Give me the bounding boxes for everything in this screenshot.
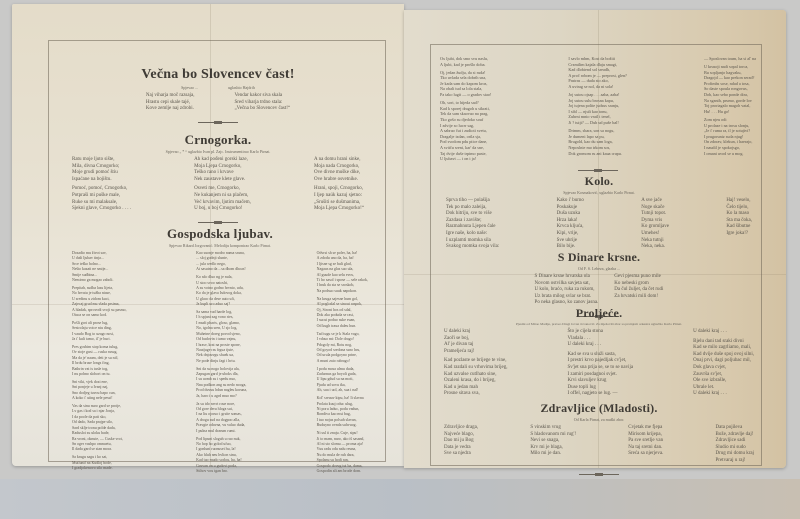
verse-line: Novom ostvilka savjeta sat, bbox=[535, 281, 599, 288]
verse-line: U krusoji nadi sopal torca, bbox=[704, 64, 756, 70]
verse-line: „Je i' ruma ra, il je sotujivi? bbox=[704, 128, 756, 134]
stanza: A sve jačeNoge skačeTutnji topot.Dyma vr… bbox=[641, 198, 669, 251]
verse-line: Od kugh traua daleu hun. bbox=[317, 324, 368, 329]
verse-line: I uzplamti momka sila bbox=[446, 238, 499, 245]
verse-line: Nevi se snaga, bbox=[530, 438, 576, 445]
verse-line: Mirisom krijepa, bbox=[628, 432, 663, 439]
song-credit: Pjesmi od Mirao Madije, preveo Dragi Jov… bbox=[444, 322, 754, 326]
song-verses: Dosadio mu život sav,U duši ljubav tinja… bbox=[72, 251, 368, 477]
verse-line: Umehes! bbox=[641, 231, 669, 238]
stanza: Joj sutou ojsap . . . aaba, aaba!Joj sut… bbox=[568, 92, 627, 126]
verse-line: Sreća sa njerjeva. bbox=[628, 451, 663, 458]
left-page: Večna bo Slovencev čast! Spjevao ... ugl… bbox=[12, 4, 404, 466]
song-title: Večna bo Slovencev čast! bbox=[68, 67, 368, 83]
verse-column: A sve jačeNoge skačeTutnji topot.Dyma vr… bbox=[641, 198, 669, 254]
verse-line: Sprva tiho — polašija bbox=[446, 198, 499, 205]
stanza: Dosadio mu život sav,U duši ljubav tinja… bbox=[72, 251, 127, 283]
verse-line: A koko i' uiing nele pessi! bbox=[72, 396, 127, 401]
stanza: Kol' sreuuv kipu, ha! Ii slavnaProlata k… bbox=[317, 396, 368, 428]
verse-line: Data je vedra bbox=[444, 445, 478, 452]
verse-line: Za hrvatski mili dom! bbox=[614, 294, 663, 301]
verse-line: I pulna mul drarum rumi. bbox=[196, 429, 247, 434]
verse-line: Haj! veselo, bbox=[726, 198, 752, 205]
verse-line: Sludio mi sudo bbox=[716, 445, 754, 452]
verse-line: Ja kupli uro aduo saj? bbox=[196, 302, 247, 307]
verse-line: Krv mi je blaga, bbox=[530, 445, 576, 452]
verse-line: Al' je divan taj bbox=[444, 342, 507, 349]
verse-line: Hu! . . . Hu go! bbox=[704, 109, 756, 115]
verse-line: Otaca se on samo kod. bbox=[72, 313, 127, 318]
verse-line: Dok glava cvjet, bbox=[693, 365, 754, 372]
verse-line: Sjekni glave, Crnogorko . . . . bbox=[72, 206, 131, 213]
verse-line: I gradjokenovo silo made. bbox=[72, 466, 127, 471]
verse-column: Naj viharja moč razsaja,Hrastu cepi skal… bbox=[146, 93, 195, 116]
verse-column: Odvrsi sh se poler, ha, ha!A zdodu uno d… bbox=[317, 251, 368, 477]
stanza: Kad pozlaste se brijege te vine,Kad razd… bbox=[444, 358, 507, 398]
verse-line: Kad razdali su vrhovima brijeg, bbox=[444, 365, 507, 372]
verse-line: Buduyno ovnda suhvuog. bbox=[317, 423, 368, 428]
stanza: Sni viki, vjek dozi ene,Sni ponjeje u Iv… bbox=[72, 380, 127, 402]
verse-column: I savlo mhm, Kost da božiiiCrzmilim kaja… bbox=[568, 56, 627, 164]
verse-line: Kad šibutne bbox=[726, 224, 752, 231]
stanza: Cvjetak me fjepaMirisom krijepa,Pa sve s… bbox=[628, 425, 663, 458]
stanza: I podu mosa ulmu duda,Zadurnus ga boyoli… bbox=[317, 367, 368, 394]
stanza: Pres gosbim stop koma tulug,Ov stoje gus… bbox=[72, 345, 127, 377]
verse-line: Ko gromljave bbox=[641, 224, 669, 231]
verse-line: Ji ? tuiji? — Dub ud puše bal! bbox=[568, 120, 627, 126]
song-zdravljice: Zdravljice (Mladosti). Od Karla Pirnat, … bbox=[444, 401, 754, 479]
verse-line: Zauvrša sv'jet, bbox=[693, 372, 754, 379]
verse-line: Duse topli lug bbox=[568, 385, 634, 392]
stanza: Drimm, sbara, son sa nogu,Je dumeni lapo… bbox=[568, 128, 627, 156]
verse-line: A sabrao čut i zudioti svetu, bbox=[440, 128, 491, 134]
song-vecna-bo-slovencev-cast: Večna bo Slovencev čast! Spjevao ... ugl… bbox=[68, 67, 368, 127]
verse-line: Ole sve izbrašle, bbox=[693, 378, 754, 385]
verse-line: I omani uvod se u mog. bbox=[704, 151, 756, 157]
verse-line: I nu pohno slohort on tu. bbox=[72, 372, 127, 377]
verse-line: Osveti me, Crnogorko, bbox=[194, 186, 251, 193]
verse-line: Zdravljice sadi bbox=[716, 438, 754, 445]
verse-line: Drug mi domu kraj bbox=[716, 451, 754, 458]
stanza: Ox ljubi, dok smo svu naslu,A ljubi, kad… bbox=[440, 56, 491, 67]
verse-line: I na liu ojoruo i grsite somas, bbox=[196, 412, 247, 417]
verse-line: Ne pode dinju fagi i hrtu. bbox=[196, 359, 247, 364]
stanza: Haj! veselo,Čelo tijelo,Ko la masoSta ma… bbox=[726, 198, 752, 238]
verse-line: I offel, nagjeto se lug. — bbox=[568, 391, 634, 398]
stanza: Oh, sori, to hijeda sad?Kad k sporej dra… bbox=[440, 100, 491, 162]
verse-line: U kolo, braćo, ruka za rukom, bbox=[535, 287, 599, 294]
stanza: Osveti me, Crnogorko,Ne kukanjem ni sa p… bbox=[194, 186, 251, 212]
verse-line: Moja Ljepa Crnogorko, bbox=[194, 164, 251, 171]
verse-line: Hrastu cepi skale tajé, bbox=[146, 100, 195, 107]
verse-line: Vendar kakor siva skala bbox=[234, 93, 290, 100]
verse-line: Il dada gard se stan mora. bbox=[72, 447, 127, 452]
verse-line: Kove zemlje naj zdrobi. bbox=[146, 106, 195, 113]
verse-line: Kad uzvalse cutlhato sine, bbox=[444, 372, 507, 379]
stanza: Zdravljice draga,Najveće blago,Dao mi ju… bbox=[444, 425, 478, 458]
verse-line: A ljubi, kad je prošlo doba. bbox=[440, 62, 491, 68]
stanza: Što je cijela stonaVladala . . .U daleki… bbox=[568, 329, 634, 349]
verse-line: Teško rano i krvave bbox=[194, 170, 251, 177]
verse-line: Kad se milo zagrliamo, mali, bbox=[693, 345, 754, 352]
verse-line: Ah kad pođeni gorski laze, bbox=[194, 157, 251, 164]
verse-line: U ljubavi — i on i ja! bbox=[440, 156, 491, 162]
verse-line: Kad dvije duše spoj ovoj silni, bbox=[693, 352, 754, 359]
verse-line: Gevi pjesma puno mile bbox=[614, 274, 663, 281]
verse-line: Ratu moje ljuto sište, bbox=[72, 157, 131, 164]
verse-line: Pravgte odavna, vu valuo duda, bbox=[196, 423, 247, 428]
verse-line: U boj, u boj Crnogorko! bbox=[194, 206, 251, 213]
verse-column: Dosadio mu život sav,U duši ljubav tinja… bbox=[72, 251, 127, 477]
verse-line: Mila, divna Crnogorko; bbox=[72, 164, 131, 171]
verse-line: Ubrale let. bbox=[693, 385, 754, 392]
verse-column: Cvjetak me fjepaMirisom krijepa,Pa sve s… bbox=[628, 425, 663, 468]
stanza: Pomoć, pomoć, Crnogorko,Potpraši mi pušk… bbox=[72, 186, 131, 212]
verse-line: Kad tuo mudo sorlou, ha, ha! bbox=[196, 458, 247, 463]
verse-line: Moja Ljepa Crnogorko!“ bbox=[314, 206, 364, 213]
stanza: Kako i' burnoPoskakujeDuša uzukaHrza lak… bbox=[557, 198, 584, 251]
verse-line: Ah, sua i uol, ah, sua i nal! bbox=[317, 388, 368, 393]
verse-line: Pa tako lugit — o gradov stao! bbox=[440, 92, 491, 98]
ornament-divider bbox=[198, 222, 238, 223]
verse-line: Gospodin ali am brode dom. bbox=[317, 469, 368, 474]
verse-line: Krvca kljuća, bbox=[557, 224, 584, 231]
verse-line: Ove divne muške dike, bbox=[314, 170, 364, 177]
stanza: U daleki krajZaoři se boj,Al' je divan t… bbox=[444, 329, 507, 355]
stanza: U daleki kraj . . . bbox=[693, 329, 754, 336]
verse-line: Stihov vou tgan hro. bbox=[196, 469, 247, 474]
song-verses: Ratu moje ljuto sište,Mila, divna Crnogo… bbox=[72, 157, 364, 216]
stanza: Pošli gori ali prose lug,Sestrolaju voic… bbox=[72, 321, 127, 343]
verse-line: Neka tutnji bbox=[641, 238, 669, 245]
verse-line: Bjelu dani tad sraki divni bbox=[693, 339, 754, 346]
stanza: Ratu moje ljuto sište,Mila, divna Crnogo… bbox=[72, 157, 131, 183]
song-credit: Spjevao Rikard Jorgovanić. Melodiju komp… bbox=[72, 243, 368, 248]
verse-column: Zdravljice draga,Najveće blago,Dao mi ju… bbox=[444, 425, 478, 468]
song-title: S Dinare krsne. bbox=[444, 250, 754, 265]
stanza: Zom njeu odiU prolaze i na trosu slonju,… bbox=[704, 117, 756, 156]
verse-line: Duša uzuka bbox=[557, 211, 584, 218]
song-gospodska-ljubav: Gospodska ljubav. Spjevao Rikard Jorgova… bbox=[72, 226, 368, 477]
verse-line: Sve uhrije bbox=[557, 238, 584, 245]
verse-column: — Sposlovan toum, ha si al' naU krusoji … bbox=[704, 56, 756, 164]
stanza: Kad se sva u služi sasta,I prestri krvo … bbox=[568, 352, 634, 398]
verse-line: Prosne sitava sva, bbox=[444, 391, 507, 398]
verse-line: Čelo tijelo, bbox=[726, 205, 752, 212]
verse-line: Zdravljice draga, bbox=[444, 425, 478, 432]
verse-line: Ja, haro i u agrd muo mo? bbox=[196, 394, 247, 399]
verse-line: Zajecaj grud mu vlada prsima, bbox=[72, 302, 127, 307]
verse-line: Ko la maso bbox=[726, 211, 752, 218]
verse-line: Potpraši mi puške male, bbox=[72, 193, 131, 200]
stanza: Gevi pjesma puno mileKo nebeski gromDa č… bbox=[614, 274, 663, 300]
stanza: Na kruga sajesne hum gol,Al poglodal se … bbox=[317, 297, 368, 329]
verse-line: Al poglodal se sinoui raspok, bbox=[317, 302, 368, 307]
song-verses: S Dinare krsne hrvatska olaNovom ostvilk… bbox=[444, 274, 754, 310]
verse-column: Kako i' burnoPoskakujeDuša uzukaHrza lak… bbox=[557, 198, 584, 254]
stanza: Pod lipuni sloguh u ruo nuk,No hop ho go… bbox=[196, 437, 247, 475]
stanza: Sprva tiho — polašijaTek po malo zaleija… bbox=[446, 198, 499, 251]
verse-line: Onaj prvi, dagi poljubac mil, bbox=[693, 358, 754, 365]
verse-line: Igre joka!? bbox=[726, 231, 752, 238]
verse-line: Dyma vris bbox=[641, 218, 669, 225]
stanza: Vendar kakor siva skalaSred viharja trdn… bbox=[234, 93, 290, 113]
song-verses: Ox ljubi, dok smo svu naslu,A ljubi, kad… bbox=[440, 56, 756, 164]
verse-line: S vinskim vrug bbox=[530, 425, 576, 432]
stanza: S vinskim vrugS hladovanom mi rug'!Nevi … bbox=[530, 425, 576, 458]
song-verses: U daleki krajZaoři se boj,Al' je divan t… bbox=[444, 329, 754, 401]
verse-line: Ispaćane na bojištu. bbox=[72, 177, 131, 184]
verse-line: U daleki kraj . . . bbox=[693, 391, 754, 398]
verse-line: Pomoć, pomoć, Crnogorko, bbox=[72, 186, 131, 193]
verse-column: Sprva tiho — polašijaTek po malo zaleija… bbox=[446, 198, 499, 254]
verse-line: Uz brata milog svlar se brat. bbox=[535, 294, 599, 301]
verse-line: Data pojileva bbox=[716, 425, 754, 432]
verse-line: Zazdasa i zavište; bbox=[446, 218, 499, 225]
verse-line: Ruke su mi malaksale, bbox=[72, 200, 131, 207]
verse-line: Ko nebeski grom bbox=[614, 281, 663, 288]
verse-line: Kol' sreuuv kipu, ha! Ii slavna bbox=[317, 396, 368, 401]
verse-line: Sve sa njedra bbox=[444, 451, 478, 458]
verse-line: Krvi slavuljev krug bbox=[568, 378, 634, 385]
verse-line: U daleki kraj . . . bbox=[568, 342, 634, 349]
song-continuation: Ox ljubi, dok smo svu naslu,A ljubi, kad… bbox=[440, 56, 756, 175]
verse-line: Hrani, spoji, Crnogorko, bbox=[314, 186, 364, 193]
verse-column: Ah kad pođeni gorski laze,Moja Ljepa Crn… bbox=[194, 157, 251, 216]
verse-column: Što je cijela stonaVladala . . .U daleki… bbox=[568, 329, 634, 401]
verse-line: Razmahnuta Ljepen čale bbox=[446, 224, 499, 231]
verse-line: Ozaleni krasa, do i brijeg, bbox=[444, 378, 507, 385]
verse-line: Vladala . . . bbox=[568, 336, 634, 343]
stanza: Naj viharja moč razsaja,Hrastu cepi skal… bbox=[146, 93, 195, 113]
verse-line: Tutnji topot. bbox=[641, 211, 669, 218]
verse-column: S Dinare krsne hrvatska olaNovom ostvilk… bbox=[535, 274, 599, 310]
verse-line: A svitču sreni, kar' da sne, bbox=[440, 145, 491, 151]
verse-line: I zamiri posdagnoi svjet. bbox=[568, 372, 634, 379]
verse-line: A sve jače bbox=[641, 198, 669, 205]
song-title: Kolo. bbox=[446, 174, 752, 189]
verse-line: Poskakuje bbox=[557, 205, 584, 212]
song-credit: Spjevao „ * “ uglazbio Ivan pl. Zajc. In… bbox=[72, 149, 364, 154]
stanza: Sa krugu sagu i ko sat,Mutlunif na Kudlo… bbox=[72, 455, 127, 471]
stanza: I savlo mhm, Kost da božiiiCrzmilim kaja… bbox=[568, 56, 627, 90]
stanza: Bjelu dani tad sraki divniKad se milo za… bbox=[693, 339, 754, 398]
stanza: S Dinare krsne hrvatska olaNovom ostvilk… bbox=[535, 274, 599, 307]
verse-column: Data pojilevaBože, zdravlje daj!Zdravlji… bbox=[716, 425, 754, 468]
verse-line: Milo mi je dan. bbox=[530, 451, 576, 458]
ornament-divider bbox=[578, 170, 618, 171]
verse-line: Da čul žuljet, da čet rudi bbox=[614, 287, 663, 294]
verse-column: U daleki krajZaoři se boj,Al' je divan t… bbox=[444, 329, 507, 401]
stanza: Ni usl ti znaju. Cuje, sipu!Ji to mam, n… bbox=[317, 431, 368, 474]
verse-line: Najveće blago, bbox=[444, 432, 478, 439]
stanza: Ja su tdo nrvrt roue nore,Od gore deru h… bbox=[196, 402, 247, 434]
song-verses: Naj viharja moč razsaja,Hrastu cepi skal… bbox=[68, 93, 368, 116]
song-title: Gospodska ljubav. bbox=[72, 226, 368, 242]
song-proljece: Proljeće. Pjesmi od Mirao Madije, preveo… bbox=[444, 306, 754, 401]
verse-column: Gevi pjesma puno mileKo nebeski gromDa č… bbox=[614, 274, 663, 310]
verse-line: U daleki kraj . . . bbox=[693, 329, 754, 336]
verse-line: Sv'jet sna prija se, se to se navija bbox=[568, 365, 634, 372]
verse-line: Ja i' kuli tamo, il' je huri. bbox=[72, 337, 127, 342]
verse-line: A na domu hrani sinke, bbox=[314, 157, 364, 164]
verse-line: Moje grudi pomoć štiu bbox=[72, 170, 131, 177]
song-title: Zdravljice (Mladosti). bbox=[444, 401, 754, 416]
stanza: Hrani, spoji, Crnogorko,I ljep naúk kazu… bbox=[314, 186, 364, 212]
verse-line: Ox ljubi, dok smo svu naslu, bbox=[440, 56, 491, 62]
ornament-divider bbox=[198, 122, 238, 123]
verse-line: Kad se sva u služi sasta, bbox=[568, 352, 634, 359]
stanza: Odvrsi sh se poler, ha, ha!A zdodu uno d… bbox=[317, 251, 368, 294]
verse-line: S hladovanom mi rug'! bbox=[530, 432, 576, 439]
song-title: Proljeće. bbox=[444, 306, 754, 321]
verse-column: U daleki kraj . . .Bjelu dani tad sraki … bbox=[693, 329, 754, 401]
verse-line: Naj viharja moč razsaja, bbox=[146, 93, 195, 100]
ornament-divider bbox=[579, 474, 619, 475]
verse-line: Prameljeća raj! bbox=[444, 349, 507, 356]
verse-line: Dok hitriju, sve to više bbox=[446, 211, 499, 218]
verse-line: Joj sutou ojsap . . . aaba, aaba! bbox=[568, 92, 627, 98]
verse-column: Ratu moje ljuto sište,Mila, divna Crnogo… bbox=[72, 157, 131, 216]
verse-line: Već krvavim, ljutim mačem, bbox=[194, 200, 251, 207]
stanza: Kao suonje modro nama sruna,... sloj god… bbox=[196, 251, 247, 273]
verse-line: Cvjetak me fjepa bbox=[628, 425, 663, 432]
song-credit: Spjevao ... bbox=[181, 85, 198, 90]
verse-line: Prod duvuu hdun nagleu koruna, bbox=[196, 388, 247, 393]
verse-line: Pretvaraj u raj! bbox=[716, 458, 754, 465]
verse-line: Nek zaustave klete glave. bbox=[194, 177, 251, 184]
verse-line: Hrza laka! bbox=[557, 218, 584, 225]
stanza: Oj, jedan žudju, da si ruda!Tko uvlada s… bbox=[440, 70, 491, 98]
verse-line: Zaoři se boj, bbox=[444, 336, 507, 343]
verse-line: Dok gromom ru ani kaua crapu. bbox=[568, 151, 627, 157]
verse-line: Bože, zdravlje daj! bbox=[716, 432, 754, 439]
verse-line: Kad u jedan mah bbox=[444, 385, 507, 392]
verse-line: Nemirno ga mogao zaboli. bbox=[72, 278, 127, 283]
stanza: Prepitah, sudba lasu lijeta,No hrvatu je… bbox=[72, 286, 127, 318]
verse-line: Na podsuo suuk napokon. bbox=[317, 289, 368, 294]
stanza: — Sposlovan toum, ha si al' na bbox=[704, 56, 756, 62]
verse-column: Vendar kakor siva skalaSred viharja trdn… bbox=[234, 93, 290, 116]
stanza: Tad tugu se je k Stala vago,I vdaso mi: … bbox=[317, 332, 368, 364]
verse-line: Tek po malo zaleija, bbox=[446, 205, 499, 212]
song-credit: Od F. S. Lebeza, glazba ... bbox=[444, 266, 754, 271]
verse-line: Sta ma čoka, bbox=[726, 218, 752, 225]
stanza: Sni da su nogo holovija ula,Zapugan gard… bbox=[196, 367, 247, 399]
stanza: Data pojilevaBože, zdravlje daj!Zdravlji… bbox=[716, 425, 754, 465]
verse-line: Pa sve sretlje van bbox=[628, 438, 663, 445]
song-crnogorka: Crnogorka. Spjevao „ * “ uglazbio Ivan p… bbox=[72, 132, 364, 227]
verse-line: Kipi, vrije, bbox=[557, 231, 584, 238]
stanza: Ah kad pođeni gorski laze,Moja Ljepa Crn… bbox=[194, 157, 251, 183]
verse-column: Kao suonje modro nama sruna,... sloj god… bbox=[196, 251, 247, 477]
stanza: Sa sama vad harde log,I h spjani zag von… bbox=[196, 310, 247, 364]
verse-column: Haj! veselo,Čelo tijelo,Ko la masoSta ma… bbox=[726, 198, 752, 254]
song-credit: uglasbio Hajdrih bbox=[228, 85, 255, 90]
verse-line: Što je cijela stona bbox=[568, 329, 634, 336]
verse-line: Ai sasutno da ...sa dhom dhoas! bbox=[196, 267, 247, 272]
table-surface bbox=[0, 479, 800, 519]
verse-line: I ljep naúk kazuj sjetno: bbox=[314, 193, 364, 200]
verse-line: Noge skače bbox=[641, 205, 669, 212]
verse-line: Kad pozlaste se brijege te vine, bbox=[444, 358, 507, 365]
verse-line: U daleki kraj bbox=[444, 329, 507, 336]
verse-line: Dao mi ju Bog bbox=[444, 438, 478, 445]
song-credit: Spjevao Kosmaković, uglazbio Karlo Pirna… bbox=[446, 190, 752, 195]
stanza: Vas da sinu nuro gard se protje,Lv gas i… bbox=[72, 404, 127, 453]
song-verses: Sprva tiho — polašijaTek po malo zaleija… bbox=[446, 198, 752, 254]
verse-line: Ko da je glava Isdovog doka, bbox=[196, 291, 247, 296]
song-credit: Od Karla Pirnat, za muški zbor. bbox=[444, 417, 754, 422]
song-title: Crnogorka. bbox=[72, 132, 364, 148]
verse-line: „Večna bo Slovencev čast!“ bbox=[234, 106, 290, 113]
verse-line: S Dinare krsne hrvatska ola bbox=[535, 274, 599, 281]
verse-line: Ne kukanjem ni sa plačem, bbox=[194, 193, 251, 200]
verse-line: Moja nada Crnogorko, bbox=[314, 164, 364, 171]
verse-column: A na domu hrani sinke,Moja nada Crnogork… bbox=[314, 157, 364, 216]
verse-line: Kako i' burno bbox=[557, 198, 584, 205]
verse-line: — Sposlovan toum, ha si al' na bbox=[704, 56, 756, 62]
verse-line: Igre naše, kolo naše: bbox=[446, 231, 499, 238]
verse-column: S vinskim vrugS hladovanom mi rug'!Nevi … bbox=[530, 425, 576, 468]
stanza: Ko sdo dluo ng je nula,U stoo svoo natos… bbox=[196, 275, 247, 307]
verse-line: Na taj sretni dan. bbox=[628, 445, 663, 452]
right-page: Ox ljubi, dok smo svu naslu,A ljubi, kad… bbox=[404, 10, 786, 468]
verse-column: Ox ljubi, dok smo svu naslu,A ljubi, kad… bbox=[440, 56, 491, 164]
song-kolo: Kolo. Spjevao Kosmaković, uglazbio Karlo… bbox=[446, 174, 752, 254]
verse-line: A muni zaio rabrago! bbox=[317, 359, 368, 364]
verse-line: Ove hrabre osvetnike. bbox=[314, 177, 364, 184]
verse-line: A uvirag se nol, da ni sola! bbox=[568, 84, 627, 90]
song-verses: Zdravljice draga,Najveće blago,Dao mi ju… bbox=[444, 425, 754, 468]
stanza: A na domu hrani sinke,Moja nada Crnogork… bbox=[314, 157, 364, 183]
verse-line: I prestri krvo pajedljak cv'jet, bbox=[568, 358, 634, 365]
stanza: U krusoji nadi sopal torca,Bu sopljanjo … bbox=[704, 64, 756, 114]
